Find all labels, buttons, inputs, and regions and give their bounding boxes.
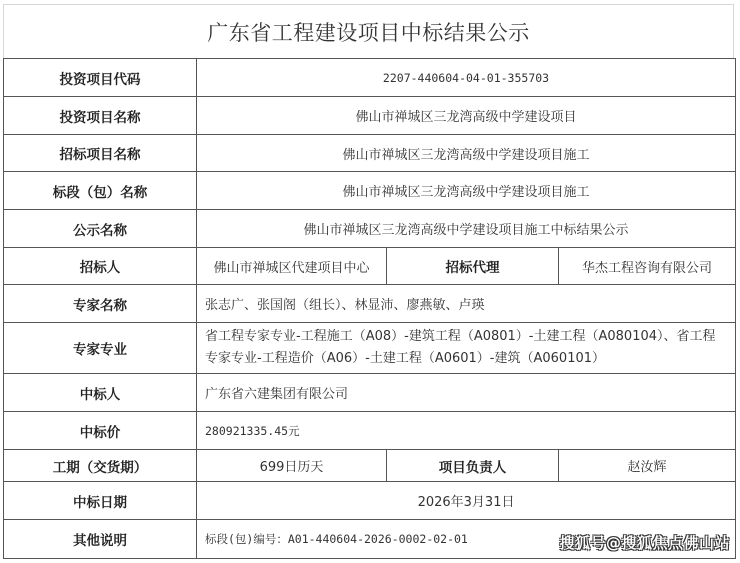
label-project-manager: 项目负责人 bbox=[387, 450, 559, 482]
label-project-code: 投资项目代码 bbox=[4, 59, 197, 97]
row-duration: 工期（交货期） 699日历天 项目负责人 赵汝辉 bbox=[4, 450, 736, 482]
row-notice-name: 公示名称 佛山市禅城区三龙湾高级中学建设项目施工中标结果公示 bbox=[4, 210, 736, 248]
label-price: 中标价 bbox=[4, 412, 197, 450]
label-tender-project-name: 招标项目名称 bbox=[4, 135, 197, 172]
label-section-name: 标段（包）名称 bbox=[4, 172, 197, 210]
value-tender-agent: 华杰工程咨询有限公司 bbox=[559, 248, 736, 285]
page-title: 广东省工程建设项目中标结果公示 bbox=[3, 4, 734, 58]
row-project-code: 投资项目代码 2207-440604-04-01-355703 bbox=[4, 59, 736, 97]
value-notice-name: 佛山市禅城区三龙湾高级中学建设项目施工中标结果公示 bbox=[197, 210, 736, 248]
label-experts: 专家名称 bbox=[4, 285, 197, 323]
label-tenderer: 招标人 bbox=[4, 248, 197, 285]
label-project-name: 投资项目名称 bbox=[4, 97, 197, 135]
row-section-name: 标段（包）名称 佛山市禅城区三龙湾高级中学建设项目施工 bbox=[4, 172, 736, 210]
label-expert-specialty: 专家专业 bbox=[4, 323, 197, 374]
row-experts: 专家名称 张志广、张国阁（组长）、林显沛、廖燕敏、卢瑛 bbox=[4, 285, 736, 323]
label-award-date: 中标日期 bbox=[4, 482, 197, 520]
watermark: 搜狐号@搜狐焦点佛山站 bbox=[559, 532, 730, 553]
label-winner: 中标人 bbox=[4, 374, 197, 412]
value-project-manager: 赵汝辉 bbox=[559, 450, 736, 482]
bid-result-table: 投资项目代码 2207-440604-04-01-355703 投资项目名称 佛… bbox=[3, 58, 736, 559]
value-expert-specialty: 省工程专家专业-工程施工（A08）-建筑工程（A0801）-土建工程（A0801… bbox=[197, 323, 736, 374]
row-expert-specialty: 专家专业 省工程专家专业-工程施工（A08）-建筑工程（A0801）-土建工程（… bbox=[4, 323, 736, 374]
row-award-date: 中标日期 2026年3月31日 bbox=[4, 482, 736, 520]
value-project-name: 佛山市禅城区三龙湾高级中学建设项目 bbox=[197, 97, 736, 135]
row-price: 中标价 280921335.45元 bbox=[4, 412, 736, 450]
label-tender-agent: 招标代理 bbox=[387, 248, 559, 285]
value-section-name: 佛山市禅城区三龙湾高级中学建设项目施工 bbox=[197, 172, 736, 210]
value-winner: 广东省六建集团有限公司 bbox=[197, 374, 736, 412]
label-remarks: 其他说明 bbox=[4, 520, 197, 559]
value-experts: 张志广、张国阁（组长）、林显沛、廖燕敏、卢瑛 bbox=[197, 285, 736, 323]
row-tender-project-name: 招标项目名称 佛山市禅城区三龙湾高级中学建设项目施工 bbox=[4, 135, 736, 172]
value-duration: 699日历天 bbox=[197, 450, 387, 482]
value-price: 280921335.45元 bbox=[197, 412, 736, 450]
value-project-code: 2207-440604-04-01-355703 bbox=[197, 59, 736, 97]
row-winner: 中标人 广东省六建集团有限公司 bbox=[4, 374, 736, 412]
value-tender-project-name: 佛山市禅城区三龙湾高级中学建设项目施工 bbox=[197, 135, 736, 172]
row-tenderer: 招标人 佛山市禅城区代建项目中心 招标代理 华杰工程咨询有限公司 bbox=[4, 248, 736, 285]
value-tenderer: 佛山市禅城区代建项目中心 bbox=[197, 248, 387, 285]
row-project-name: 投资项目名称 佛山市禅城区三龙湾高级中学建设项目 bbox=[4, 97, 736, 135]
label-notice-name: 公示名称 bbox=[4, 210, 197, 248]
value-award-date: 2026年3月31日 bbox=[197, 482, 736, 520]
label-duration: 工期（交货期） bbox=[4, 450, 197, 482]
